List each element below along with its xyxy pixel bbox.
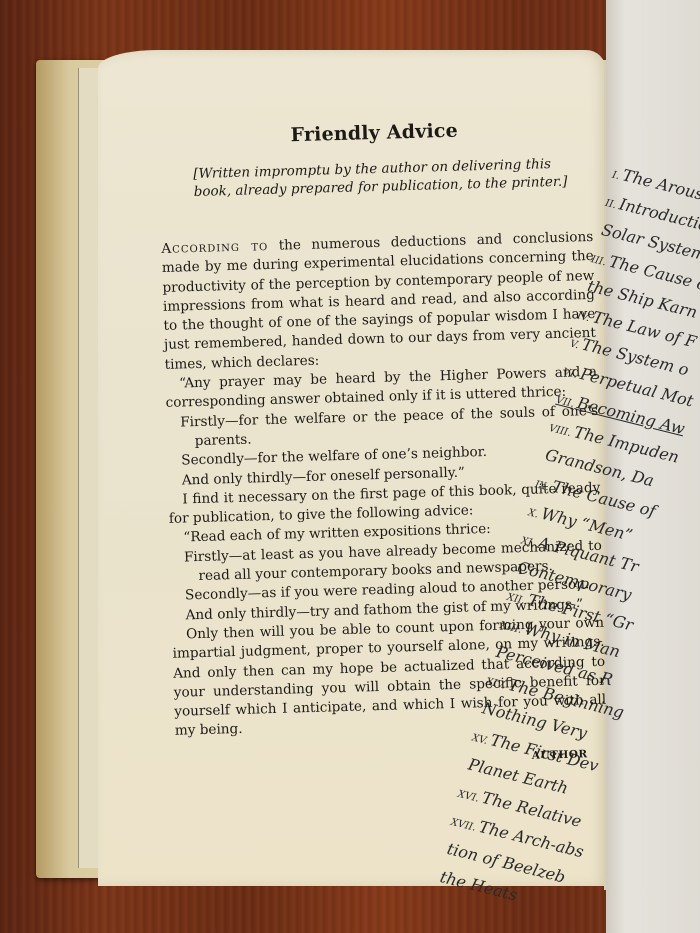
opening-small-caps: According to [161,238,268,257]
opening-paragraph: According to the numerous deductions and… [161,228,597,375]
page-text-block: Friendly Advice [Written impromptu by th… [158,116,608,772]
flyleaf-edge [78,68,100,868]
closing-paragraph: Only then will you be able to count upon… [172,614,607,742]
page-subtitle-note: [Written impromptu by the author on deli… [193,154,592,201]
